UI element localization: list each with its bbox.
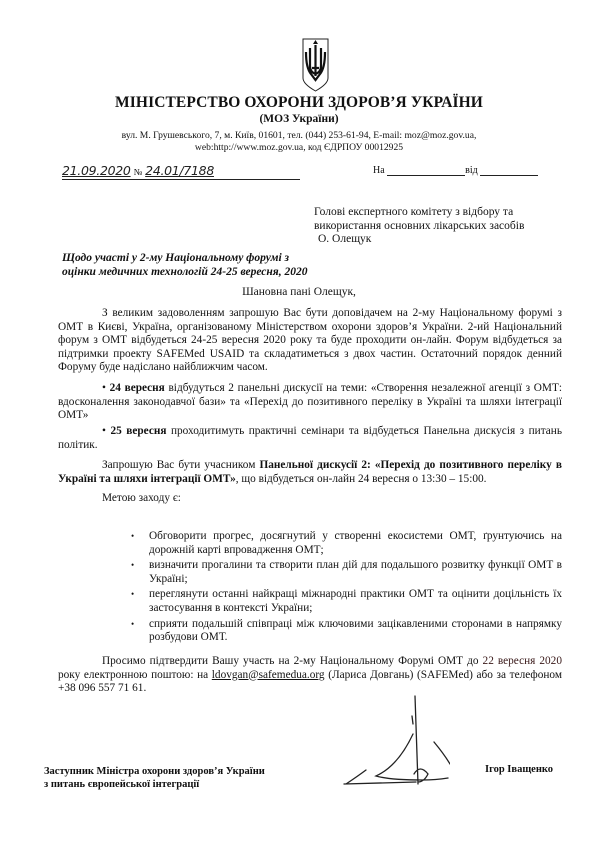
bullet: • — [131, 530, 134, 544]
day2-paragraph: • 25 вересня проходитимуть практичні сем… — [58, 425, 562, 452]
ministry-short-name: (МОЗ України) — [0, 113, 598, 125]
bullet: • — [102, 425, 106, 437]
ref-from-label: від — [465, 165, 478, 176]
bullet: • — [102, 382, 106, 394]
confirmation-paragraph: Просимо підтвердити Вашу участь на 2-му … — [58, 655, 562, 696]
bullet: • — [131, 588, 134, 602]
addressee-line-1: Голові експертного комітету з відбору та — [314, 206, 524, 220]
goal-item: •Обговорити прогрес, досягнутий у створе… — [131, 530, 562, 557]
goal-item: •сприяти подальшій співпраці між ключови… — [131, 618, 562, 645]
signatory-title-line-2: з питань європейської інтеграції — [44, 778, 265, 791]
subject-line-2: оцінки медичних технологій 24-25 вересня… — [62, 266, 307, 280]
handwritten-signature-icon — [310, 694, 450, 790]
goals-list: •Обговорити прогрес, досягнутий у створе… — [131, 530, 562, 647]
ministry-address: вул. М. Грушевського, 7, м. Київ, 01601,… — [0, 130, 598, 154]
goal-text: сприяти подальшій співпраці між ключовим… — [149, 618, 562, 644]
goal-item: •переглянути останні найкращі міжнародні… — [131, 588, 562, 615]
bullet: • — [131, 618, 134, 632]
day1-paragraph: • 24 вересня відбудуться 2 панельні диск… — [58, 382, 562, 423]
ref-number-blank — [387, 165, 465, 176]
salutation: Шановна пані Олещук, — [0, 286, 598, 298]
invitation-paragraph: Запрошую Вас бути учасником Панельної ди… — [58, 459, 562, 486]
registration-number: 24.01/7188 — [145, 163, 214, 178]
address-line-1: вул. М. Грушевського, 7, м. Київ, 01601,… — [0, 130, 598, 142]
ref-label: На — [373, 165, 385, 176]
bullet: • — [131, 559, 134, 573]
day1-date: 24 вересня — [110, 382, 165, 394]
ref-date-blank — [480, 165, 538, 176]
invite-pre: Запрошую Вас бути учасником — [102, 459, 259, 471]
goal-text: переглянути останні найкращі міжнародні … — [149, 588, 562, 614]
goal-text: Обговорити прогрес, досягнутий у створен… — [149, 530, 562, 556]
subject-line-1: Щодо участі у 2-му Національному форумі … — [62, 252, 307, 266]
confirm-mid: року електронною поштою: на — [58, 669, 212, 681]
goals-intro: Метою заходу є: — [58, 492, 562, 506]
registration-line: 21.09.2020№24.01/7188 — [62, 162, 300, 180]
trident-coat-of-arms-icon — [302, 38, 329, 92]
confirm-pre: Просимо підтвердити Вашу участь на 2-му … — [102, 655, 483, 667]
signatory-name: Ігор Іващенко — [485, 764, 553, 775]
reference-line: На від — [373, 165, 538, 176]
ministry-name: МІНІСТЕРСТВО ОХОРОНИ ЗДОРОВ’Я УКРАЇНИ — [0, 94, 598, 112]
contact-email-link[interactable]: ldovgan@safemedua.org — [212, 669, 325, 681]
addressee-line-2: використання основних лікарських засобів — [314, 220, 524, 234]
invite-post: , що відбудеться он-лайн 24 вересня о 13… — [236, 473, 487, 485]
addressee-block: Голові експертного комітету з відбору та… — [314, 206, 524, 247]
confirm-deadline: 22 вересня 2020 — [483, 655, 562, 667]
registration-date: 21.09.2020 — [62, 163, 131, 178]
signatory-title-line-1: Заступник Міністра охорони здоров’я Укра… — [44, 765, 265, 778]
address-line-2: web:http://www.moz.gov.ua, код ЄДРПОУ 00… — [0, 142, 598, 154]
subject-block: Щодо участі у 2-му Національному форумі … — [62, 252, 307, 279]
day2-date: 25 вересня — [110, 425, 166, 437]
goal-item: •визначити прогалини та створити план ді… — [131, 559, 562, 586]
goal-text: визначити прогалини та створити план дій… — [149, 559, 562, 585]
signatory-title: Заступник Міністра охорони здоров’я Укра… — [44, 765, 265, 791]
addressee-name: О. Олещук — [314, 233, 524, 247]
intro-paragraph: З великим задоволенням запрошую Вас бути… — [58, 307, 562, 375]
number-sign: № — [134, 167, 143, 177]
